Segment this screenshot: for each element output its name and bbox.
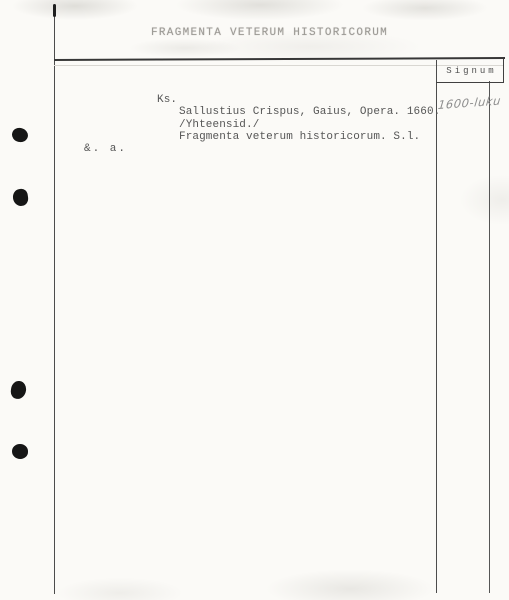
entry-line-title: Fragmenta veterum historicorum. S.l.: [179, 131, 420, 143]
punch-hole-3: [10, 380, 27, 400]
signum-box-right-rule: [503, 59, 504, 83]
signum-header-cell: Signum: [437, 61, 503, 81]
punch-hole-4: [12, 444, 28, 459]
signum-box-bottom-rule: [436, 82, 504, 83]
signum-handwritten-value: 1600-luku: [437, 94, 502, 113]
punch-hole-1: [11, 126, 30, 143]
entry-reference-abbrev: Ks.: [157, 94, 177, 106]
entry-line-binding-note: /Yhteensid./: [179, 119, 259, 131]
signum-column-right-rule: [489, 81, 490, 593]
entry-line-author: Sallustius Crispus, Gaius, Opera. 1660.: [179, 106, 440, 118]
punch-hole-2: [12, 188, 29, 207]
entry-note: &. a.: [84, 143, 127, 155]
signum-label: Signum: [446, 66, 496, 76]
left-rule-top-blot: [53, 4, 56, 17]
document-title: FRAGMENTA VETERUM HISTORICORUM: [151, 27, 388, 39]
left-rule: [54, 5, 55, 594]
signum-column-left-rule: [436, 60, 437, 593]
catalog-card-scan: FRAGMENTA VETERUM HISTORICORUM Signum 16…: [0, 0, 509, 600]
